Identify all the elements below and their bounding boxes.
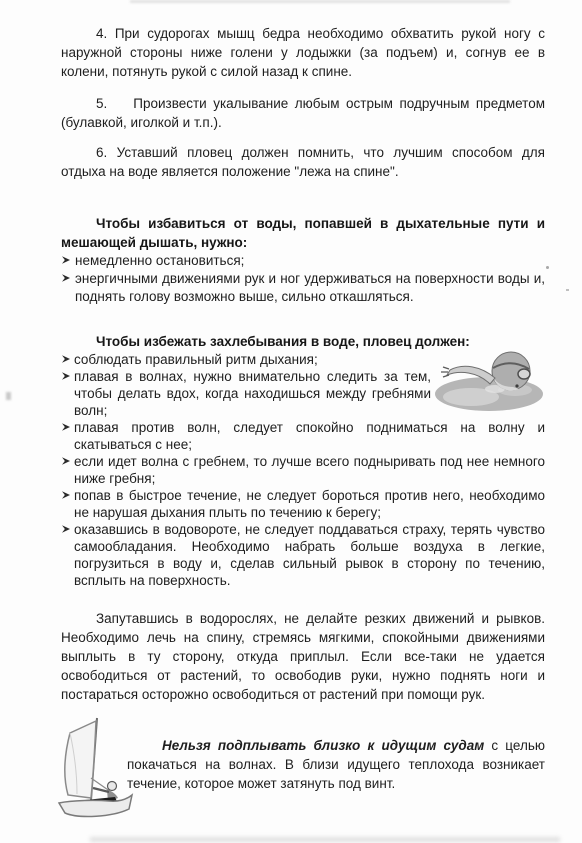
scan-artifact xyxy=(90,837,560,842)
ships-warning-section: Нельзя подплывать близко к идущим судам … xyxy=(61,736,545,806)
list-item-text: оказавшись в водовороте, не следует подд… xyxy=(74,522,545,588)
paragraph-pricking: 5. Произвести укалывание любым острым по… xyxy=(61,94,545,132)
paragraph-thigh-cramp: 4. При судорогах мышц бедра необходимо о… xyxy=(61,24,545,81)
sailboat-illustration xyxy=(61,736,127,806)
heading-water-in-airways: Чтобы избавиться от воды, попавшей в дых… xyxy=(61,214,545,252)
list-item: немедленно остановиться; xyxy=(61,252,545,270)
list-item: соблюдать правильный ритм дыхания; xyxy=(61,351,545,368)
arrow-bullet-icon xyxy=(61,354,71,364)
list-item: попав в быстрое течение, не следует боро… xyxy=(61,487,545,521)
paragraph-tired-swimmer: 6. Уставший пловец должен помнить, что л… xyxy=(61,143,545,181)
list-item-text: энергичными движениями рук и ног удержив… xyxy=(75,271,545,304)
list-item-text: если идет волна с гребнем, то лучше всег… xyxy=(74,454,545,486)
list-avoid-choking: соблюдать правильный ритм дыхания; плава… xyxy=(61,351,545,589)
scanned-document-page: 4. При судорогах мышц бедра необходимо о… xyxy=(0,0,582,843)
list-item: оказавшись в водовороте, не следует подд… xyxy=(61,521,545,589)
list-item: если идет волна с гребнем, то лучше всег… xyxy=(61,453,545,487)
arrow-bullet-icon xyxy=(61,273,71,283)
arrow-bullet-icon xyxy=(61,371,71,381)
arrow-bullet-icon xyxy=(61,524,71,534)
list-item-text: соблюдать правильный ритм дыхания; xyxy=(74,352,318,367)
arrow-bullet-icon xyxy=(61,255,71,265)
list-item-text: плавая в волнах, нужно внимательно следи… xyxy=(74,369,431,418)
ships-warning-lead: Нельзя подплывать близко к идущим судам xyxy=(162,738,484,753)
list-item-text: попав в быстрое течение, не следует боро… xyxy=(74,488,545,520)
list-item: плавая в волнах, нужно внимательно следи… xyxy=(61,368,545,419)
list-item-text: плавая против волн, следует спокойно под… xyxy=(74,420,545,452)
list-water-in-airways: немедленно остановиться; энергичными дви… xyxy=(61,252,545,306)
arrow-bullet-icon xyxy=(61,456,71,466)
list-item: плавая против волн, следует спокойно под… xyxy=(61,419,545,453)
document-content: 4. При судорогах мышц бедра необходимо о… xyxy=(0,0,582,806)
arrow-bullet-icon xyxy=(61,490,71,500)
arrow-bullet-icon xyxy=(61,422,71,432)
sailboat-with-sailor-illustration xyxy=(55,716,135,824)
list-item: энергичными движениями рук и ног удержив… xyxy=(61,270,545,306)
paragraph-seaweed: Запутавшись в водорослях, не делайте рез… xyxy=(61,609,545,704)
list-item-text: немедленно остановиться; xyxy=(75,253,244,268)
